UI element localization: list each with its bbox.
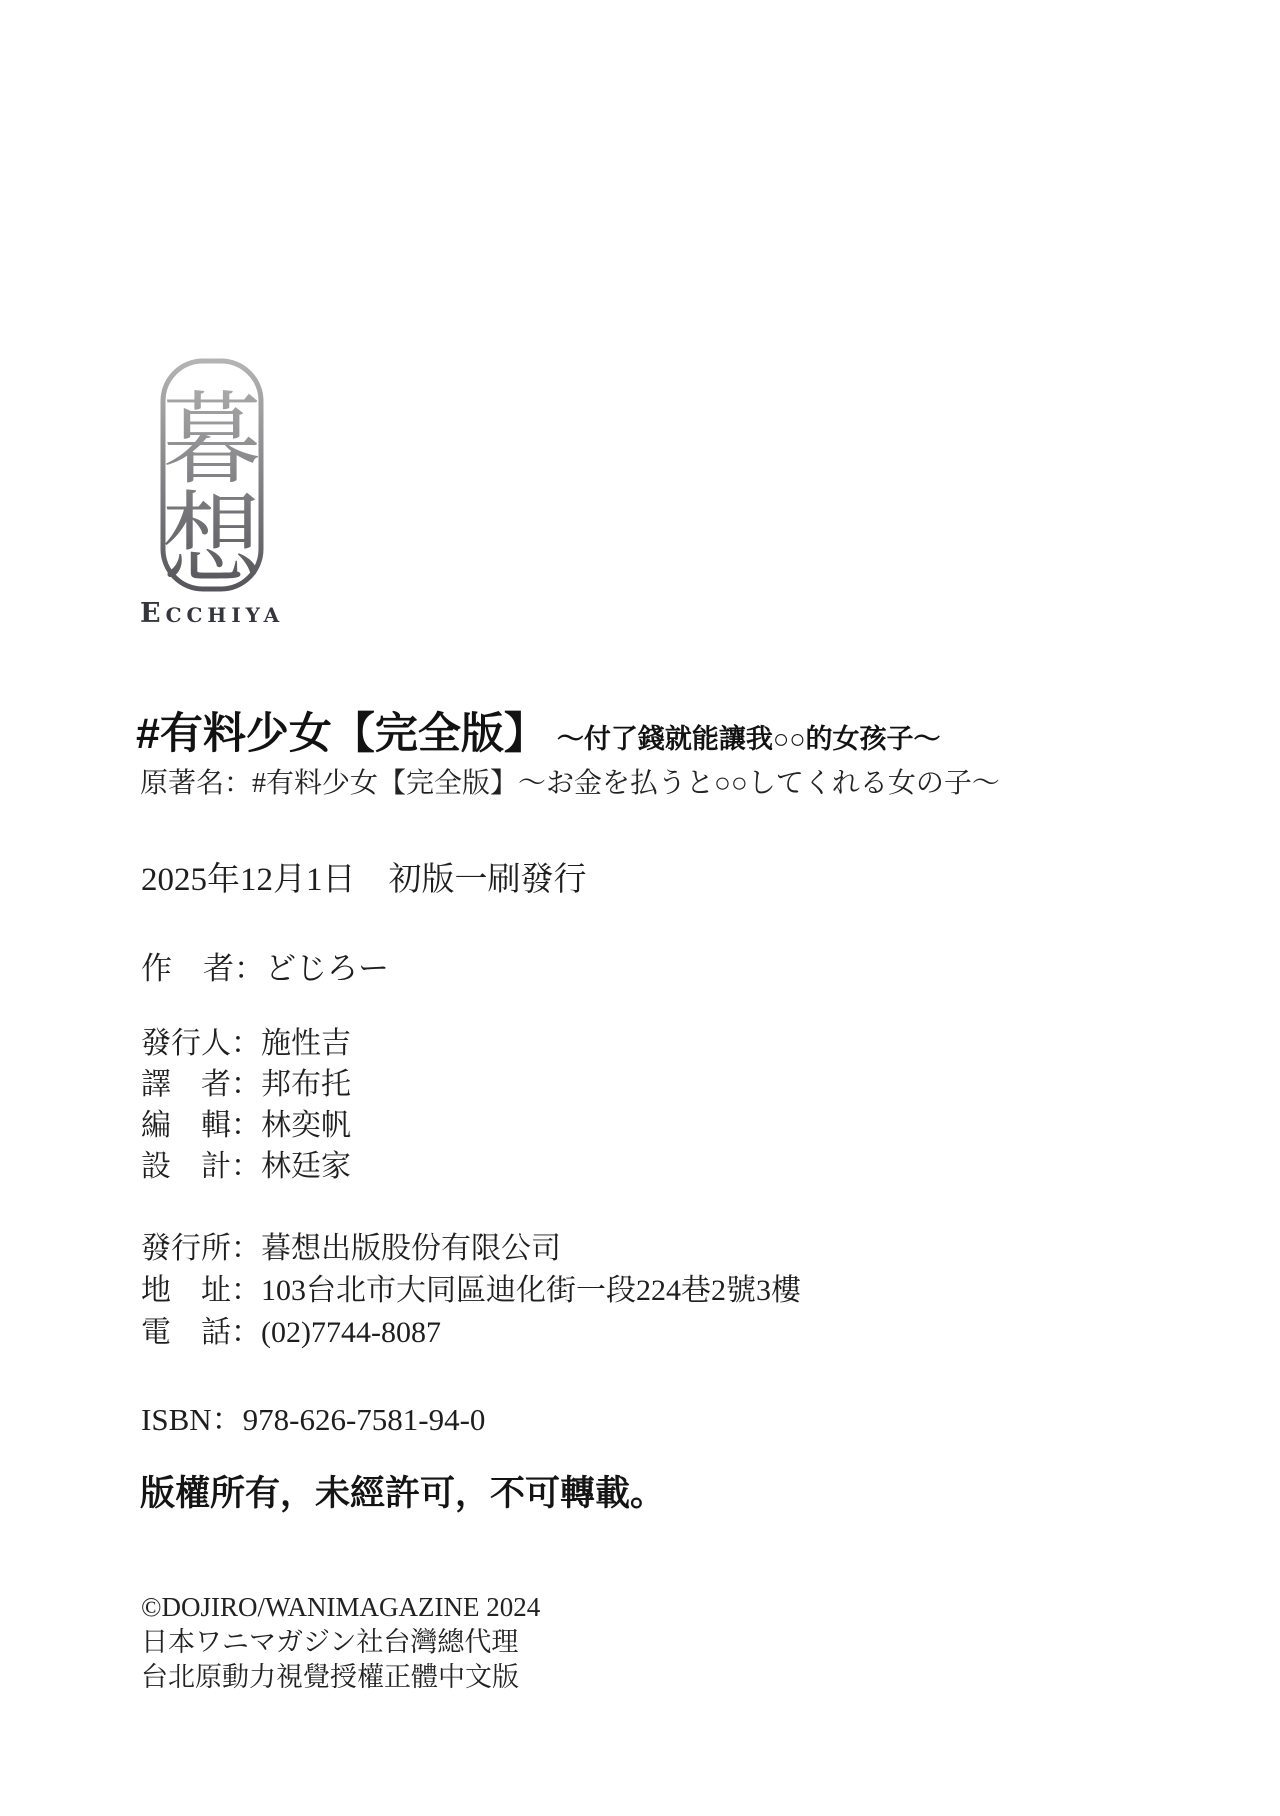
publisher-address-line: 地 址：103台北市大同區迪化街一段224巷2號3樓 — [141, 1270, 801, 1312]
edition-date-line: 2025年12月1日 初版一刷發行 — [141, 853, 587, 900]
seal-character-bottom: 想 — [162, 485, 263, 592]
seal-character-top: 暮 — [162, 385, 262, 496]
publisher-info-block: 發行所：暮想出版股份有限公司 地 址：103台北市大同區迪化街一段224巷2號3… — [141, 1228, 801, 1354]
colophon-page: 暮 想 ECCHIYA #有料少女【完全版】～付了錢就能讓我○○的女孩子～ 原著… — [0, 0, 1280, 1816]
credit-designer: 設 計：林廷家 — [141, 1146, 351, 1187]
book-subtitle: ～付了錢就能讓我○○的女孩子～ — [557, 724, 941, 754]
copyright-notice-line: 版權所有，未經許可，不可轉載。 — [140, 1466, 665, 1516]
footer-copyright-line: ©DOJIRO/WANIMAGAZINE 2024 — [141, 1590, 540, 1625]
book-title-line: #有料少女【完全版】～付了錢就能讓我○○的女孩子～ — [136, 700, 941, 761]
footer-copyright-block: ©DOJIRO/WANIMAGAZINE 2024 日本ワニマガジン社台灣總代理… — [141, 1590, 540, 1695]
footer-agency-line: 日本ワニマガジン社台灣總代理 — [141, 1625, 540, 1660]
publisher-company-line: 發行所：暮想出版股份有限公司 — [141, 1228, 801, 1270]
book-main-title: #有料少女【完全版】 — [136, 710, 547, 758]
credit-translator: 譯 者：邦布托 — [141, 1064, 351, 1105]
brand-initial: E — [140, 598, 166, 629]
publisher-brand-name: ECCHIYA — [140, 598, 284, 629]
credit-editor: 編 輯：林奕帆 — [141, 1105, 351, 1146]
brand-rest: CCHIYA — [166, 603, 285, 627]
isbn-line: ISBN：978-626-7581-94-0 — [141, 1394, 485, 1439]
author-credit-line: 作 者：どじろー — [141, 943, 389, 988]
original-title-line: 原著名：#有料少女【完全版】～お金を払うと○○してくれる女の子～ — [140, 761, 1000, 801]
footer-license-line: 台北原動力視覺授權正體中文版 — [141, 1660, 540, 1695]
credit-publisher-person: 發行人：施性吉 — [141, 1023, 351, 1064]
publisher-seal-logo: 暮 想 — [160, 358, 264, 592]
staff-credits-block: 發行人：施性吉 譯 者：邦布托 編 輯：林奕帆 設 計：林廷家 — [141, 1023, 351, 1187]
publisher-phone-line: 電 話：(02)7744-8087 — [141, 1312, 801, 1354]
